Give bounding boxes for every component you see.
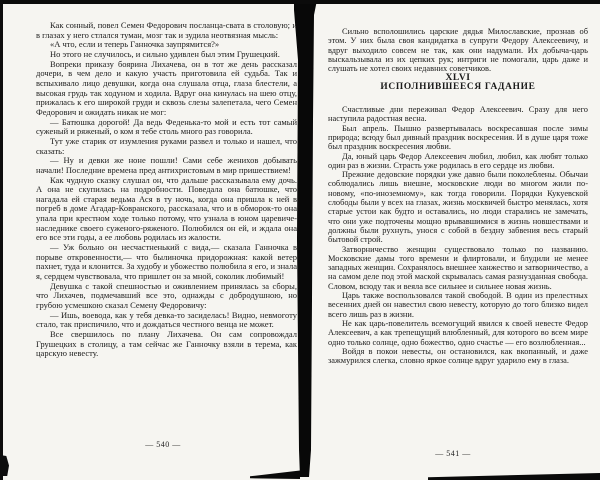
paragraph: Тут уже старик от изумления руками разве… <box>36 137 297 156</box>
paragraph: Счастливые дни переживал Федор Алексееви… <box>328 105 588 124</box>
book-scan: Как сонный, повел Семен Федорович послан… <box>0 0 600 480</box>
page-edge-shadow-bottom-right <box>428 473 600 480</box>
paragraph: Был апрель. Пышно развертывалась воскрес… <box>328 124 588 152</box>
left-page: Как сонный, повел Семен Федорович послан… <box>36 21 297 359</box>
paragraph: Все свершилось по плану Лихачева. Он сам… <box>36 330 297 359</box>
page-edge-shadow-bottom-left-of-spine <box>250 470 300 479</box>
scan-edge-top <box>0 0 600 4</box>
paragraph: Как сонный, повел Семен Федорович послан… <box>36 21 297 40</box>
paragraph: Вопреки приказу боярина Лихачева, он в т… <box>36 60 297 118</box>
paragraph: — Уж больно он несчастненький с вида,— с… <box>36 243 297 282</box>
paragraph: — Батюшка дорогой! Да ведь Феденька-то м… <box>36 118 297 137</box>
paragraph: Царь также воспользовался такой свободой… <box>328 291 588 319</box>
paragraph: Сильно всполошились царские дядья Милосл… <box>328 27 588 73</box>
paragraph: Как чудную сказку слушал он, что дальше … <box>36 176 297 244</box>
paragraph: — Ну и девки же ноне пошли! Сами себе же… <box>36 156 297 175</box>
page-number-left: — 540 — <box>103 440 223 449</box>
right-page: Сильно всполошились царские дядья Милосл… <box>328 27 588 365</box>
paragraph: Девушка с такой спешностью и оживлением … <box>36 282 297 311</box>
paragraph: Прежние дедовские порядки уже давно были… <box>328 170 588 244</box>
paragraph: Войдя в покои невесты, он остановился, к… <box>328 347 588 366</box>
chapter-title: ИСПОЛНИВШЕЕСЯ ГАДАНИЕ <box>328 83 588 92</box>
page-number-right: — 541 — <box>393 449 513 458</box>
scan-edge-left <box>0 0 3 480</box>
paragraph: — Ишь, воевода, как у тебя девка-то заси… <box>36 311 297 330</box>
paragraph: Затворничество женщин существовало тольк… <box>328 245 588 291</box>
paragraph: Не как царь-повелитель всемогущий явился… <box>328 319 588 347</box>
paragraph: Да, юный царь Федор Алексеевич любил, лю… <box>328 152 588 171</box>
scan-edge-bottom-left <box>0 455 9 476</box>
